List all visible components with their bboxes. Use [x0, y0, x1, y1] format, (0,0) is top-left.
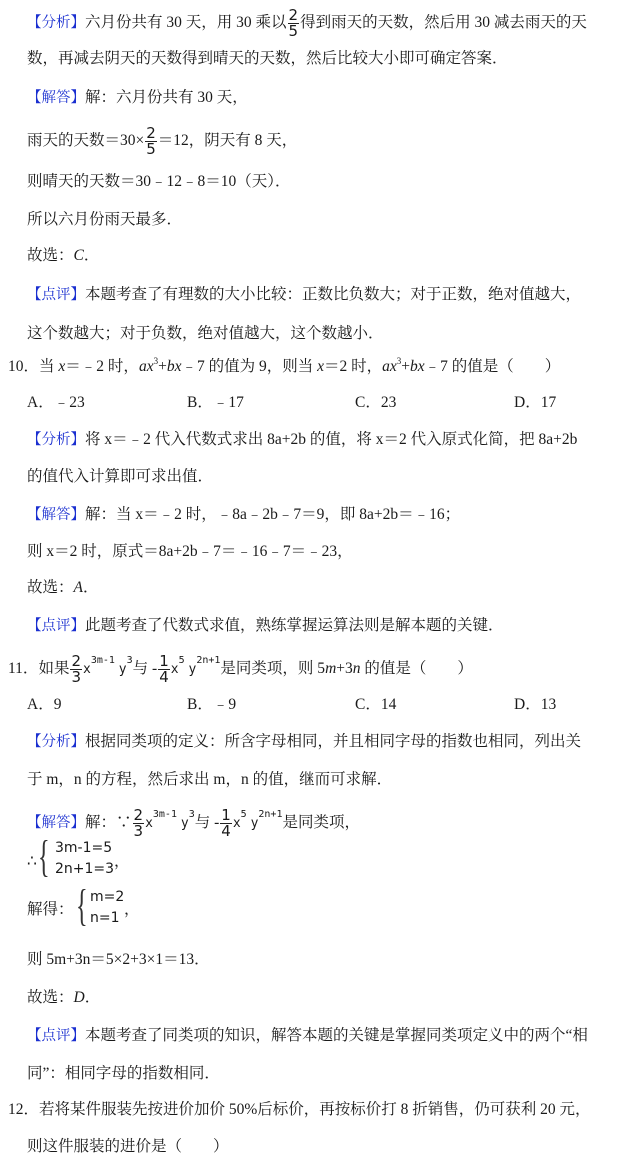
text: ．: [84, 247, 100, 264]
text: ＝﹣2 时，: [65, 358, 139, 375]
q9-analysis-line2: 数，再减去阴天的天数得到晴天的天数，然后比较大小即可确定答案．: [27, 49, 508, 69]
fraction: 25: [145, 126, 157, 157]
fraction: 23: [70, 654, 82, 685]
text: 故选：: [27, 579, 74, 596]
q11-analysis-line1: 【分析】根据同类项的定义：所含字母相同，并且相同字母的指数也相同，列出关: [27, 732, 581, 752]
text: 与: [195, 814, 211, 831]
q10-analysis-line1: 【分析】将 x＝﹣2 代入代数式求出 8a+2b 的值，将 x＝2 代入原式化简…: [27, 430, 577, 450]
question-number: 11．: [8, 660, 38, 677]
q9-answer-line1: 【解答】解：六月份共有 30 天，: [27, 88, 248, 108]
comment-tag: 【点评】: [27, 287, 85, 303]
text: 与: [133, 660, 149, 677]
fraction: 23: [133, 808, 145, 839]
equation: n=1: [90, 908, 124, 929]
var-bx: bx: [410, 358, 425, 375]
text: ．: [83, 579, 99, 596]
text: 得到雨天的天数，然后用 30 减去雨天的天: [300, 14, 587, 31]
text: 解：∵: [85, 814, 132, 831]
text: 如果: [38, 660, 69, 677]
equation-system-1: 3m-1=5 2n+1=3: [55, 838, 114, 880]
text: 本题考查了有理数的大小比较：正数比负数大；对于正数，绝对值越大，: [85, 286, 581, 303]
var-x: x: [317, 358, 324, 375]
q9-comment-line1: 【点评】本题考查了有理数的大小比较：正数比负数大；对于正数，绝对值越大，: [27, 285, 581, 305]
text: 是同类项，: [282, 814, 360, 831]
solve-label: 解得：: [27, 900, 74, 920]
q11-option-d: D．13: [514, 695, 556, 715]
q9-analysis-line1: 【分析】六月份共有 30 天，用 30 乘以25得到雨天的天数，然后用 30 减…: [27, 8, 587, 39]
q11-answer-line1: 【解答】解：∵23x3m-1 y3与 -14x5 y2n+1是同类项，: [27, 808, 360, 839]
comma: ，: [114, 852, 130, 872]
answer-tag: 【解答】: [27, 815, 85, 831]
q9-comment-line2: 这个数越大；对于负数，绝对值越大，这个数越小．: [27, 324, 384, 344]
q12-stem-line2: 则这件服装的进价是（ ）: [27, 1137, 229, 1155]
text: +3: [336, 660, 353, 677]
choice-letter: A: [74, 579, 83, 596]
q11-option-a: A．9: [27, 695, 61, 715]
answer-tag: 【解答】: [27, 507, 85, 523]
analysis-tag: 【分析】: [27, 734, 85, 750]
text: 当: [39, 358, 58, 375]
analysis-tag: 【分析】: [27, 432, 85, 448]
q11-option-c: C．14: [355, 695, 396, 715]
text: ．: [85, 989, 101, 1006]
q10-option-b: B．﹣17: [187, 393, 244, 413]
text: 解：当 x＝﹣2 时，﹣8a﹣2b﹣7＝9，即 8a+2b＝﹣16；: [85, 506, 460, 523]
var-bx: bx: [167, 358, 182, 375]
equation-system-2: m=2 n=1: [90, 887, 124, 929]
q10-option-d: D．17: [514, 393, 556, 413]
choice-letter: D: [74, 989, 85, 1006]
text: 根据同类项的定义：所含字母相同，并且相同字母的指数也相同，列出关: [85, 733, 581, 750]
text: +: [158, 358, 167, 375]
equation: m=2: [90, 887, 124, 908]
question-number: 12．: [8, 1101, 39, 1118]
fraction: 14: [220, 808, 232, 839]
var-ax: ax: [139, 358, 154, 375]
text: 此题考查了代数式求值，熟练掌握运算法则是解本题的关键．: [85, 617, 504, 634]
q10-answer-line2: 则 x＝2 时，原式＝8a+2b﹣7＝﹣16﹣7＝﹣23，: [27, 542, 353, 562]
fraction: 14: [158, 654, 170, 685]
choice-letter: C: [74, 247, 84, 264]
q9-choice: 故选：C．: [27, 246, 99, 266]
text: ＝12，阴天有 8 天，: [158, 132, 298, 149]
left-brace-icon: {: [76, 884, 88, 928]
text: 将 x＝﹣2 代入代数式求出 8a+2b 的值，将 x＝2 代入原式化简，把 8…: [85, 431, 577, 448]
text: 故选：: [27, 247, 74, 264]
q11-choice: 故选：D．: [27, 988, 100, 1008]
q11-comment-line2: 同”：相同字母的指数相同．: [27, 1064, 220, 1084]
q9-answer-line4: 所以六月份雨天最多．: [27, 210, 182, 230]
q11-analysis-line2: 于 m，n 的方程，然后求出 m，n 的值，继而可求解．: [27, 770, 392, 790]
comma: ，: [124, 900, 140, 920]
left-brace-icon: {: [38, 835, 50, 879]
text: 若将某件服装先按进价加价 50%后标价，再按标价打 8 折销售，仍可获利 20 …: [39, 1101, 591, 1118]
q10-comment: 【点评】此题考查了代数式求值，熟练掌握运算法则是解本题的关键．: [27, 616, 504, 636]
q12-stem-line1: 12．若将某件服装先按进价加价 50%后标价，再按标价打 8 折销售，仍可获利 …: [8, 1100, 591, 1120]
q10-option-c: C．23: [355, 393, 396, 413]
equation: 2n+1=3: [55, 859, 114, 880]
text: +: [401, 358, 410, 375]
q10-option-a: A．﹣23: [27, 393, 85, 413]
therefore-symbol: ∴: [27, 852, 37, 872]
q11-answer-line4: 则 5m+3n＝5×2+3×1＝13．: [27, 950, 210, 970]
text: 故选：: [27, 989, 74, 1006]
q11-comment-line1: 【点评】本题考查了同类项的知识，解答本题的关键是掌握同类项定义中的两个“相: [27, 1026, 588, 1046]
text: 解：六月份共有 30 天，: [85, 89, 248, 106]
q9-answer-line3: 则晴天的天数＝30﹣12﹣8＝10（天）．: [27, 172, 291, 192]
q9-answer-line2: 雨天的天数＝30×25＝12，阴天有 8 天，: [27, 126, 297, 157]
text: ＝2 时，: [324, 358, 382, 375]
comment-tag: 【点评】: [27, 618, 85, 634]
comment-tag: 【点评】: [27, 1028, 85, 1044]
q10-answer-line1: 【解答】解：当 x＝﹣2 时，﹣8a﹣2b﹣7＝9，即 8a+2b＝﹣16；: [27, 505, 460, 525]
text: 的值是（ ）: [361, 660, 473, 677]
q11-stem: 11．如果23x3m-1 y3与 -14x5 y2n+1是同类项，则 5m+3n…: [8, 654, 473, 685]
text: 六月份共有 30 天，用 30 乘以: [85, 14, 287, 31]
fraction: 25: [288, 8, 300, 39]
analysis-tag: 【分析】: [27, 15, 85, 31]
var-ax: ax: [382, 358, 397, 375]
text: ﹣7 的值为 9，则当: [181, 358, 317, 375]
text: 是同类项，则 5: [220, 660, 325, 677]
question-number: 10．: [8, 358, 39, 375]
answer-tag: 【解答】: [27, 90, 85, 106]
text: 雨天的天数＝30×: [27, 132, 144, 149]
equation: 3m-1=5: [55, 838, 114, 859]
text: 本题考查了同类项的知识，解答本题的关键是掌握同类项定义中的两个“相: [85, 1027, 588, 1044]
q11-option-b: B．﹣9: [187, 695, 236, 715]
text: ﹣7 的值是（ ）: [425, 358, 561, 375]
q10-analysis-line2: 的值代入计算即可求出值．: [27, 467, 213, 487]
q10-stem: 10．当 x＝﹣2 时，ax3+bx﹣7 的值为 9，则当 x＝2 时，ax3+…: [8, 357, 560, 377]
q10-choice: 故选：A．: [27, 578, 99, 598]
